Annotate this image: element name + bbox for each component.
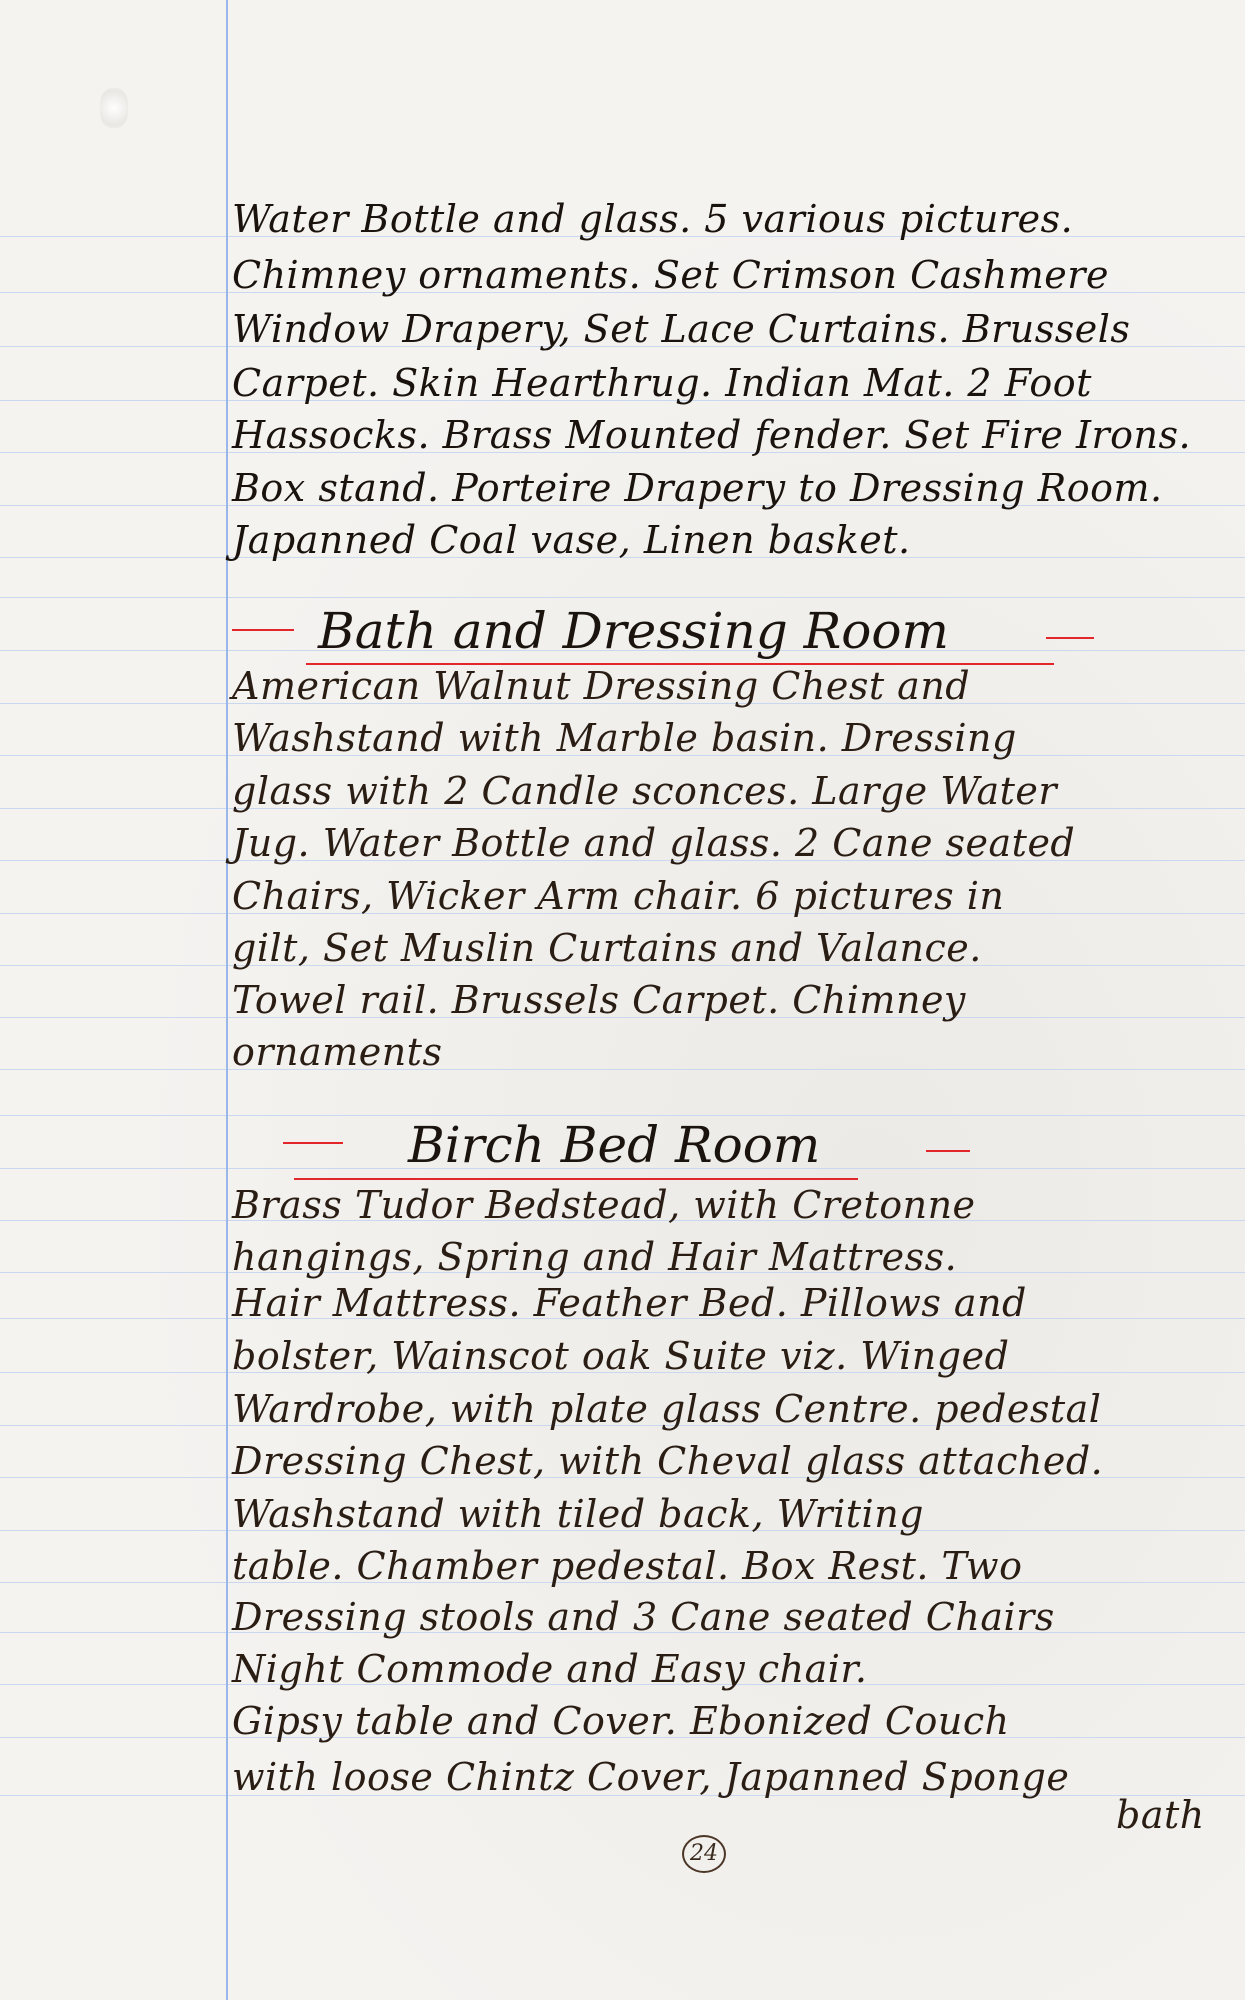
- heading-dash-left: [232, 629, 294, 631]
- text-line: Hassocks. Brass Mounted fender. Set Fire…: [232, 416, 1191, 454]
- text-line: Wardrobe, with plate glass Centre. pedes…: [232, 1390, 1101, 1428]
- heading-dash-right: [926, 1150, 970, 1152]
- rule: [0, 1069, 1245, 1070]
- text-line: Washstand with Marble basin. Dressing: [232, 719, 1017, 757]
- page-number: 24: [682, 1835, 726, 1873]
- text-line: Chimney ornaments. Set Crimson Cashmere: [232, 256, 1109, 294]
- text-line: Dressing stools and 3 Cane seated Chairs: [232, 1598, 1055, 1636]
- text-line: gilt, Set Muslin Curtains and Valance.: [232, 929, 982, 967]
- text-line: Dressing Chest, with Cheval glass attach…: [232, 1442, 1103, 1480]
- text-line: American Walnut Dressing Chest and: [232, 667, 970, 705]
- heading-dash-left: [283, 1142, 343, 1144]
- text-line: Washstand with tiled back, Writing: [232, 1495, 924, 1533]
- section-heading: Bath and Dressing Room: [318, 606, 949, 656]
- text-line: Jug. Water Bottle and glass. 2 Cane seat…: [232, 824, 1075, 862]
- text-line: Hair Mattress. Feather Bed. Pillows and: [232, 1284, 1027, 1322]
- rule: [0, 597, 1245, 598]
- ledger-page: Water Bottle and glass. 5 various pictur…: [0, 0, 1245, 2000]
- paper-emboss-mark: [100, 88, 128, 128]
- text-line: with loose Chintz Cover, Japanned Sponge: [232, 1758, 1069, 1796]
- text-line: Japanned Coal vase, Linen basket.: [232, 521, 911, 559]
- text-line: glass with 2 Candle sconces. Large Water: [232, 772, 1057, 810]
- text-line: hangings, Spring and Hair Mattress.: [232, 1238, 957, 1276]
- text-line: Window Drapery, Set Lace Curtains. Bruss…: [232, 310, 1130, 348]
- heading-underline: [294, 1178, 858, 1180]
- text-line: Box stand. Porteire Drapery to Dressing …: [232, 469, 1163, 507]
- text-line: Carpet. Skin Hearthrug. Indian Mat. 2 Fo…: [232, 364, 1092, 402]
- text-line: bath: [1116, 1796, 1205, 1834]
- heading-dash-right: [1046, 637, 1094, 639]
- text-line: Brass Tudor Bedstead, with Cretonne: [232, 1186, 976, 1224]
- text-line: Towel rail. Brussels Carpet. Chimney: [232, 981, 966, 1019]
- text-line: bolster, Wainscot oak Suite viz. Winged: [232, 1337, 1009, 1375]
- text-line: Gipsy table and Cover. Ebonized Couch: [232, 1702, 1010, 1740]
- section-heading: Birch Bed Room: [408, 1120, 820, 1170]
- text-line: Water Bottle and glass. 5 various pictur…: [232, 200, 1073, 238]
- margin-line: [226, 0, 228, 2000]
- text-line: ornaments: [232, 1033, 442, 1071]
- text-line: Night Commode and Easy chair.: [232, 1650, 867, 1688]
- text-line: Chairs, Wicker Arm chair. 6 pictures in: [232, 877, 1004, 915]
- text-line: table. Chamber pedestal. Box Rest. Two: [232, 1547, 1022, 1585]
